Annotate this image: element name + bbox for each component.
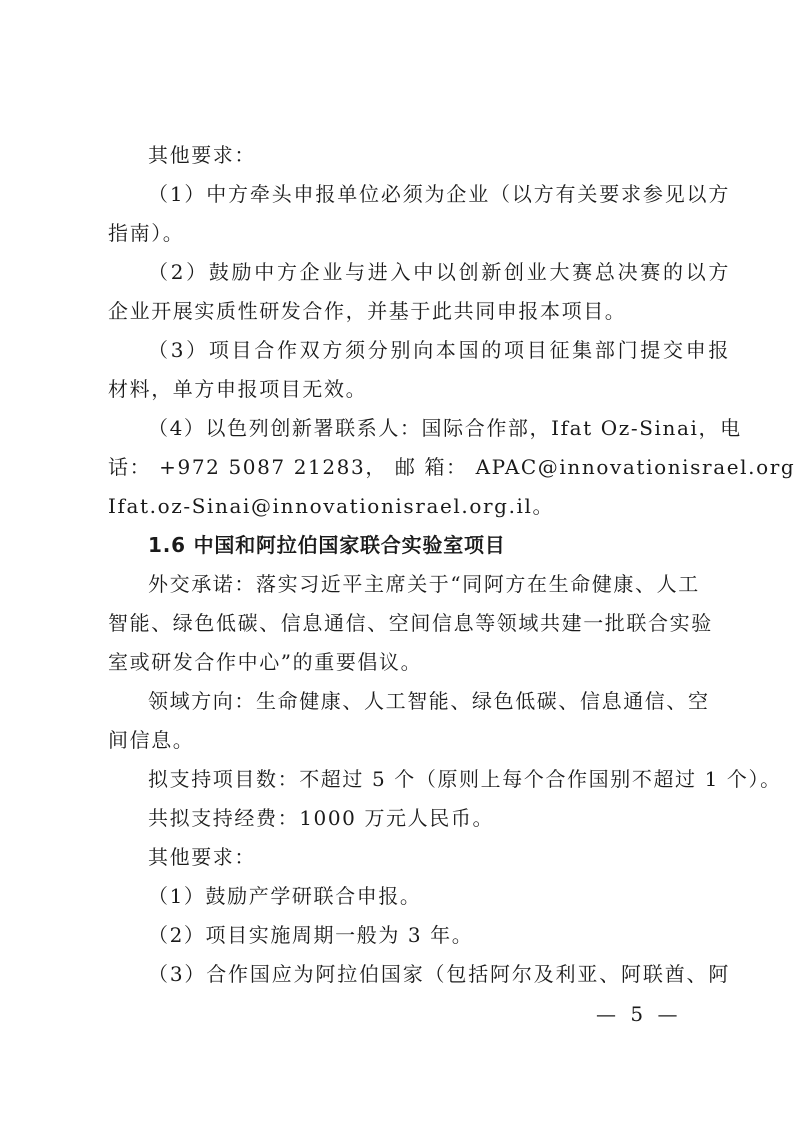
text-line: 企业开展实质性研发合作，并基于此共同申报本项目。 <box>108 298 690 324</box>
text-line: （1）鼓励产学研联合申报。 <box>148 883 730 909</box>
text-line: 室或研发合作中心”的重要倡议。 <box>108 649 690 675</box>
text-line: 材料，单方申报项目无效。 <box>108 376 690 402</box>
section-heading: 1.6 中国和阿拉伯国家联合实验室项目 <box>148 532 690 558</box>
text-line: 智能、绿色低碳、信息通信、空间信息等领域共建一批联合实验 <box>108 610 690 636</box>
text-line: 拟支持项目数：不超过 5 个（原则上每个合作国别不超过 1 个）。 <box>148 766 690 792</box>
text-line: 间信息。 <box>108 727 690 753</box>
text-line: （2）项目实施周期一般为 3 年。 <box>148 922 730 948</box>
text-line: 话： +972 5087 21283， 邮 箱： APAC@innovation… <box>108 454 690 480</box>
text-line: 共拟支持经费：1000 万元人民币。 <box>148 805 690 831</box>
text-line: （3）项目合作双方须分别向本国的项目征集部门提交申报 <box>148 337 730 363</box>
text-line: （1）中方牵头申报单位必须为企业（以方有关要求参见以方 <box>148 181 730 207</box>
text-line: （3）合作国应为阿拉伯国家（包括阿尔及利亚、阿联酋、阿 <box>148 961 730 987</box>
text-line: 其他要求： <box>148 142 690 168</box>
text-line: 领域方向：生命健康、人工智能、绿色低碳、信息通信、空 <box>148 688 690 714</box>
text-line: Ifat.oz-Sinai@innovationisrael.org.il。 <box>108 493 690 519</box>
text-line: （4）以色列创新署联系人：国际合作部，Ifat Oz-Sinai，电 <box>148 415 730 441</box>
text-line: 指南）。 <box>108 220 690 246</box>
text-line: 其他要求： <box>148 844 690 870</box>
text-line: （2）鼓励中方企业与进入中以创新创业大赛总决赛的以方 <box>148 259 730 285</box>
text-line: 外交承诺：落实习近平主席关于“同阿方在生命健康、人工 <box>148 571 690 597</box>
page-number: — 5 — <box>596 1002 681 1026</box>
